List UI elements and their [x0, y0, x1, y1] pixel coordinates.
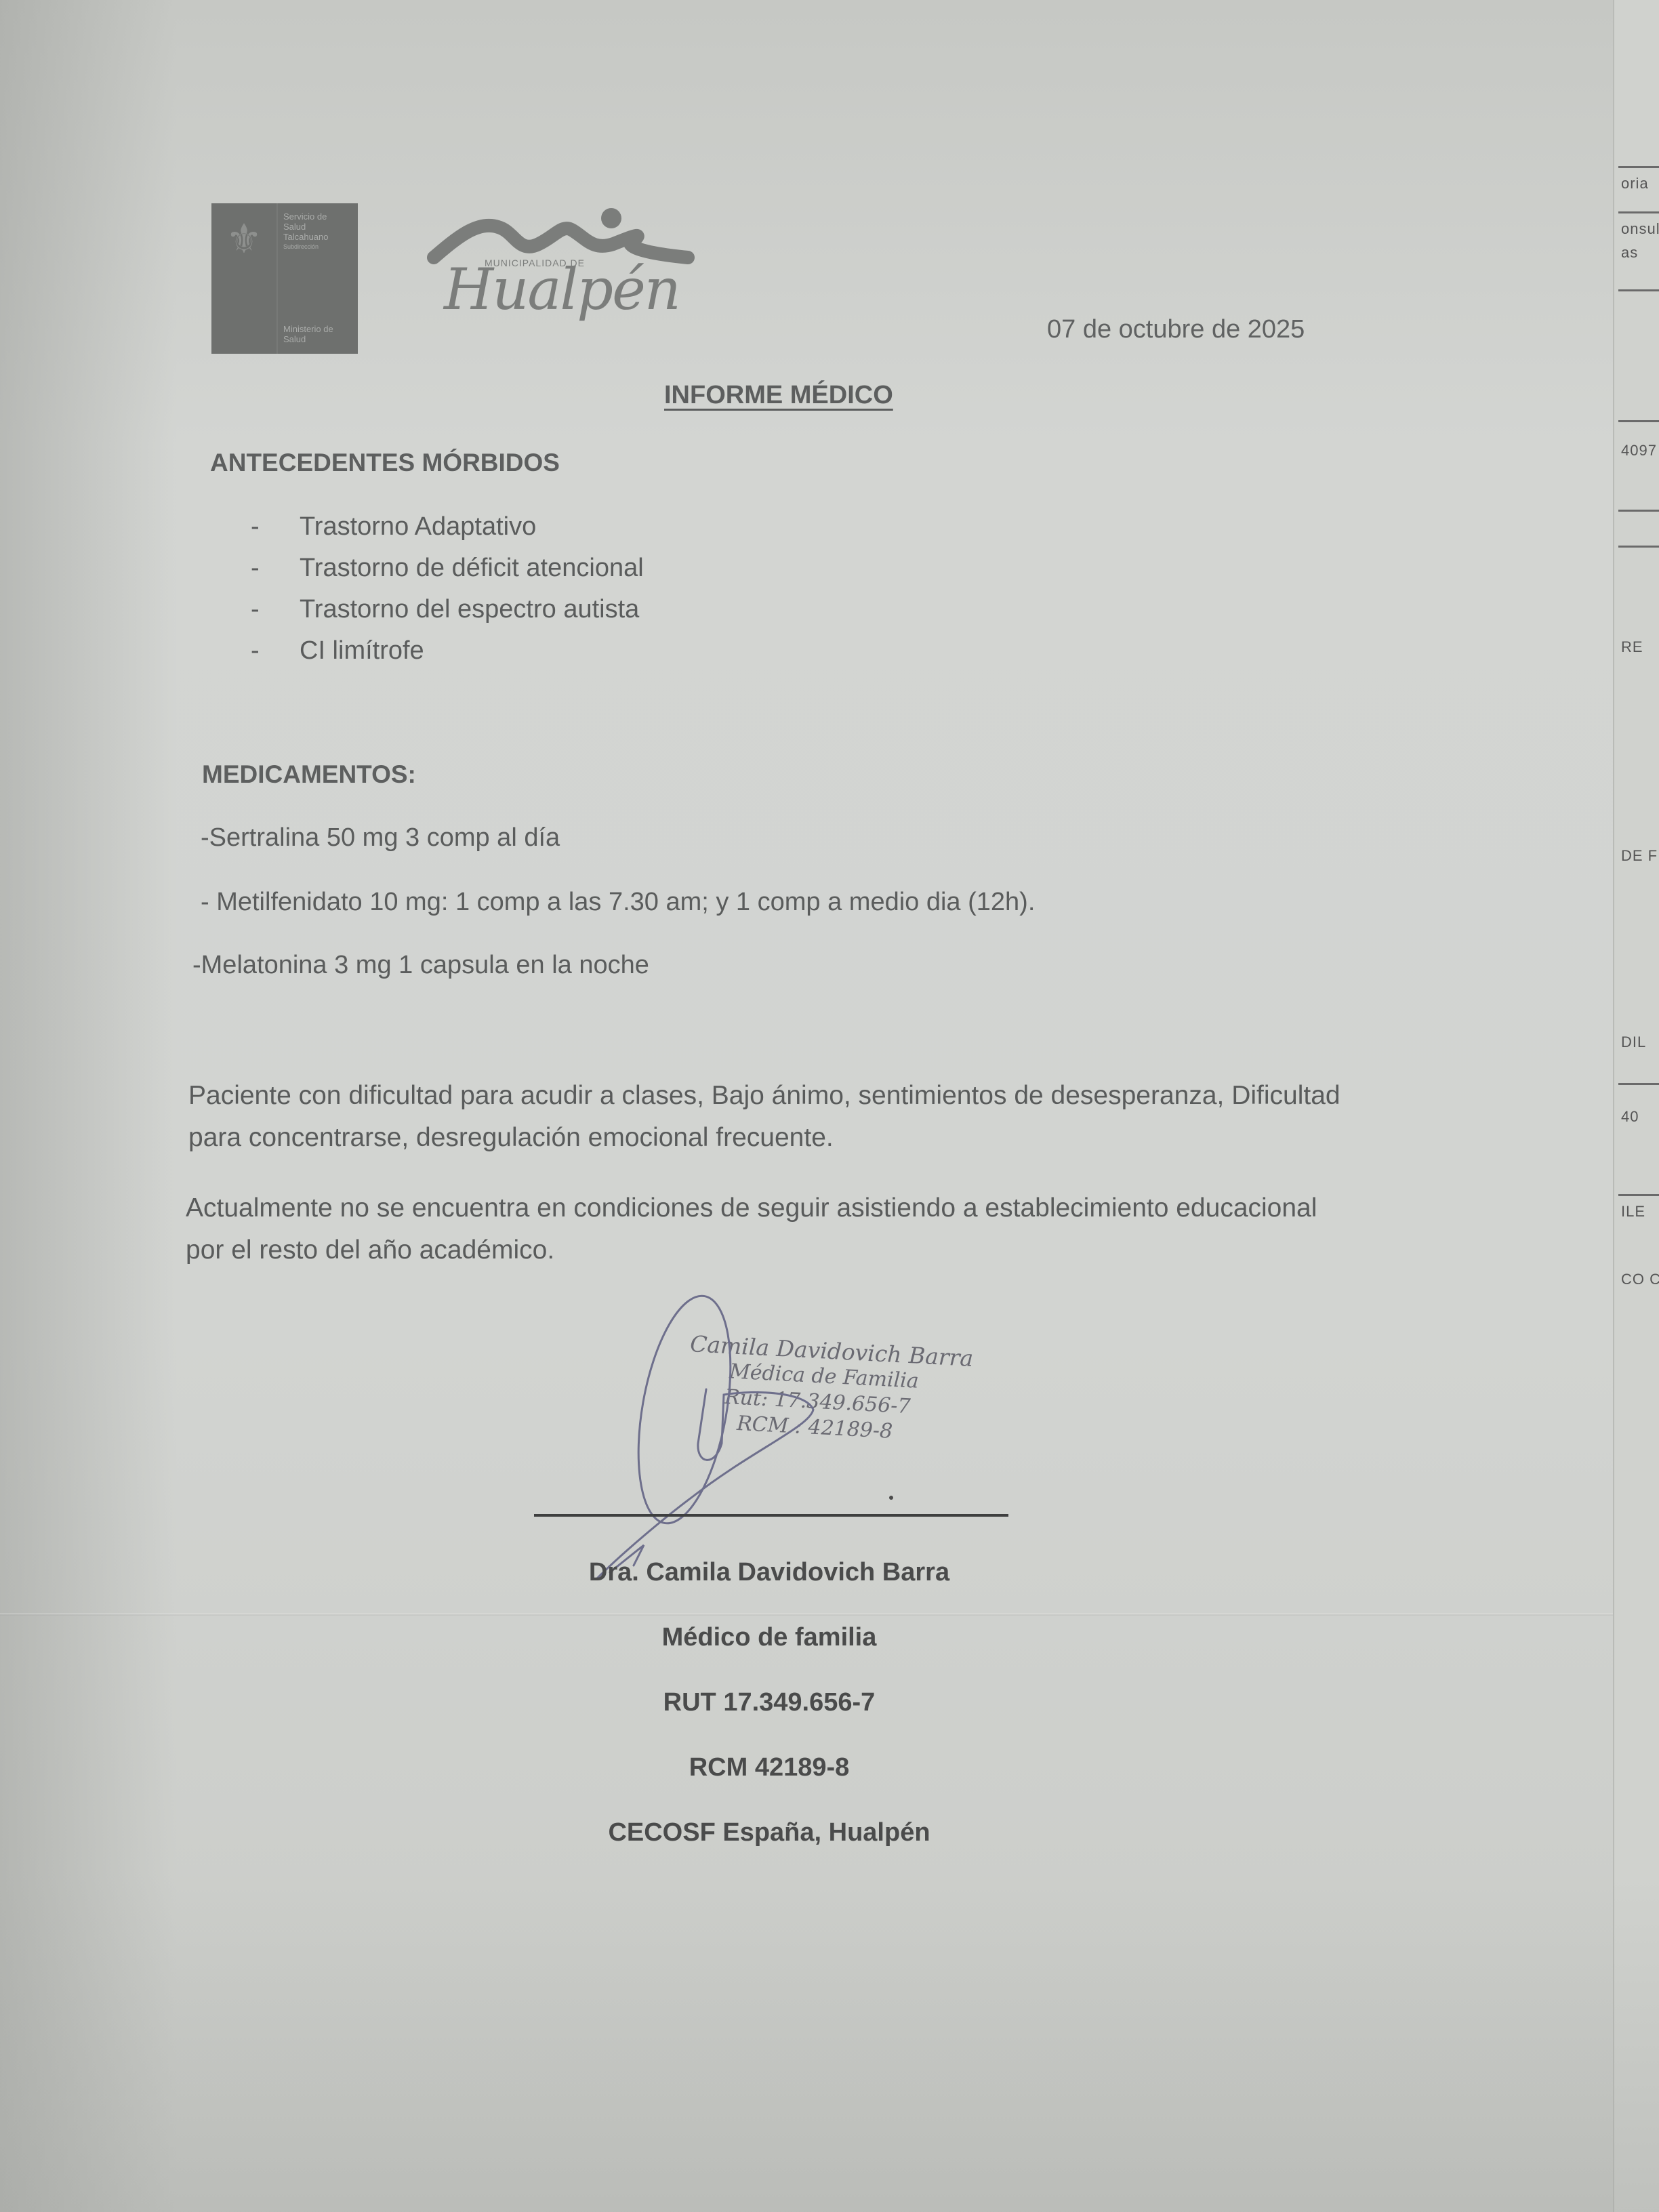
- wave-figure-icon: [417, 190, 701, 264]
- logo-text: Subdirección: [283, 242, 351, 252]
- logo-text: Servicio de: [283, 211, 351, 222]
- list-item: -Trastorno del espectro autista: [251, 592, 644, 634]
- background-page: oria onsul as 4097 RE DE F DIL 40 ILE CO…: [1613, 0, 1659, 2212]
- list-item: -Trastorno Adaptativo: [251, 510, 644, 551]
- medication-item: - Metilfenidato 10 mg: 1 comp a las 7.30…: [201, 888, 1035, 917]
- list-item: -CI limítrofe: [251, 634, 644, 675]
- side-fragment: CO C: [1621, 1271, 1659, 1288]
- medication-item: -Sertralina 50 mg 3 comp al día: [201, 823, 560, 853]
- logo-footer-text: Ministerio de: [283, 324, 351, 334]
- doctor-role: Médico de familia: [0, 1617, 1538, 1682]
- signature-line: [534, 1514, 1008, 1517]
- side-fragment: 4097: [1621, 442, 1657, 459]
- medicamentos-heading: MEDICAMENTOS:: [202, 760, 416, 789]
- side-fragment: DIL: [1621, 1033, 1646, 1051]
- doctor-name: Dra. Camila Davidovich Barra: [0, 1552, 1538, 1617]
- document-date: 07 de octubre de 2025: [1047, 315, 1305, 344]
- logo-footer-text: Salud: [283, 334, 351, 344]
- side-fragment: as: [1621, 244, 1638, 262]
- logo-text: Talcahuano: [283, 232, 351, 242]
- paper-shadow-bottom: [0, 1873, 1659, 2212]
- health-center: CECOSF España, Hualpén: [0, 1812, 1538, 1877]
- clinical-description: Paciente con dificultad para acudir a cl…: [188, 1075, 1381, 1159]
- side-fragment: oria: [1621, 175, 1649, 192]
- side-fragment: 40: [1621, 1108, 1639, 1126]
- doctor-rcm: RCM 42189-8: [0, 1747, 1538, 1812]
- logo-text: Salud: [283, 222, 351, 232]
- chile-coat-of-arms-icon: ⚜: [217, 216, 271, 263]
- municipalidad-hualpen-logo: MUNICIPALIDAD DE Hualpén: [417, 190, 701, 352]
- side-fragment: ILE: [1621, 1203, 1645, 1221]
- document-title: INFORME MÉDICO: [664, 381, 893, 410]
- doctor-rut: RUT 17.349.656-7: [0, 1682, 1538, 1747]
- side-fragment: RE: [1621, 638, 1643, 656]
- logo-hualpen-text: Hualpén: [444, 256, 680, 323]
- clinical-conclusion: Actualmente no se encuentra en condicion…: [186, 1187, 1324, 1271]
- servicio-salud-logo: ⚜ Servicio de Salud Talcahuano Subdirecc…: [211, 203, 358, 354]
- medication-item: -Melatonina 3 mg 1 capsula en la noche: [192, 951, 649, 980]
- list-item: -Trastorno de déficit atencional: [251, 551, 644, 592]
- side-fragment: DE F: [1621, 847, 1658, 865]
- signature-block: Dra. Camila Davidovich Barra Médico de f…: [0, 1552, 1538, 1877]
- antecedentes-list: -Trastorno Adaptativo -Trastorno de défi…: [251, 510, 644, 675]
- paper-shadow-left: [0, 0, 176, 2212]
- antecedentes-heading: ANTECEDENTES MÓRBIDOS: [210, 449, 560, 477]
- side-fragment: onsul: [1621, 220, 1659, 238]
